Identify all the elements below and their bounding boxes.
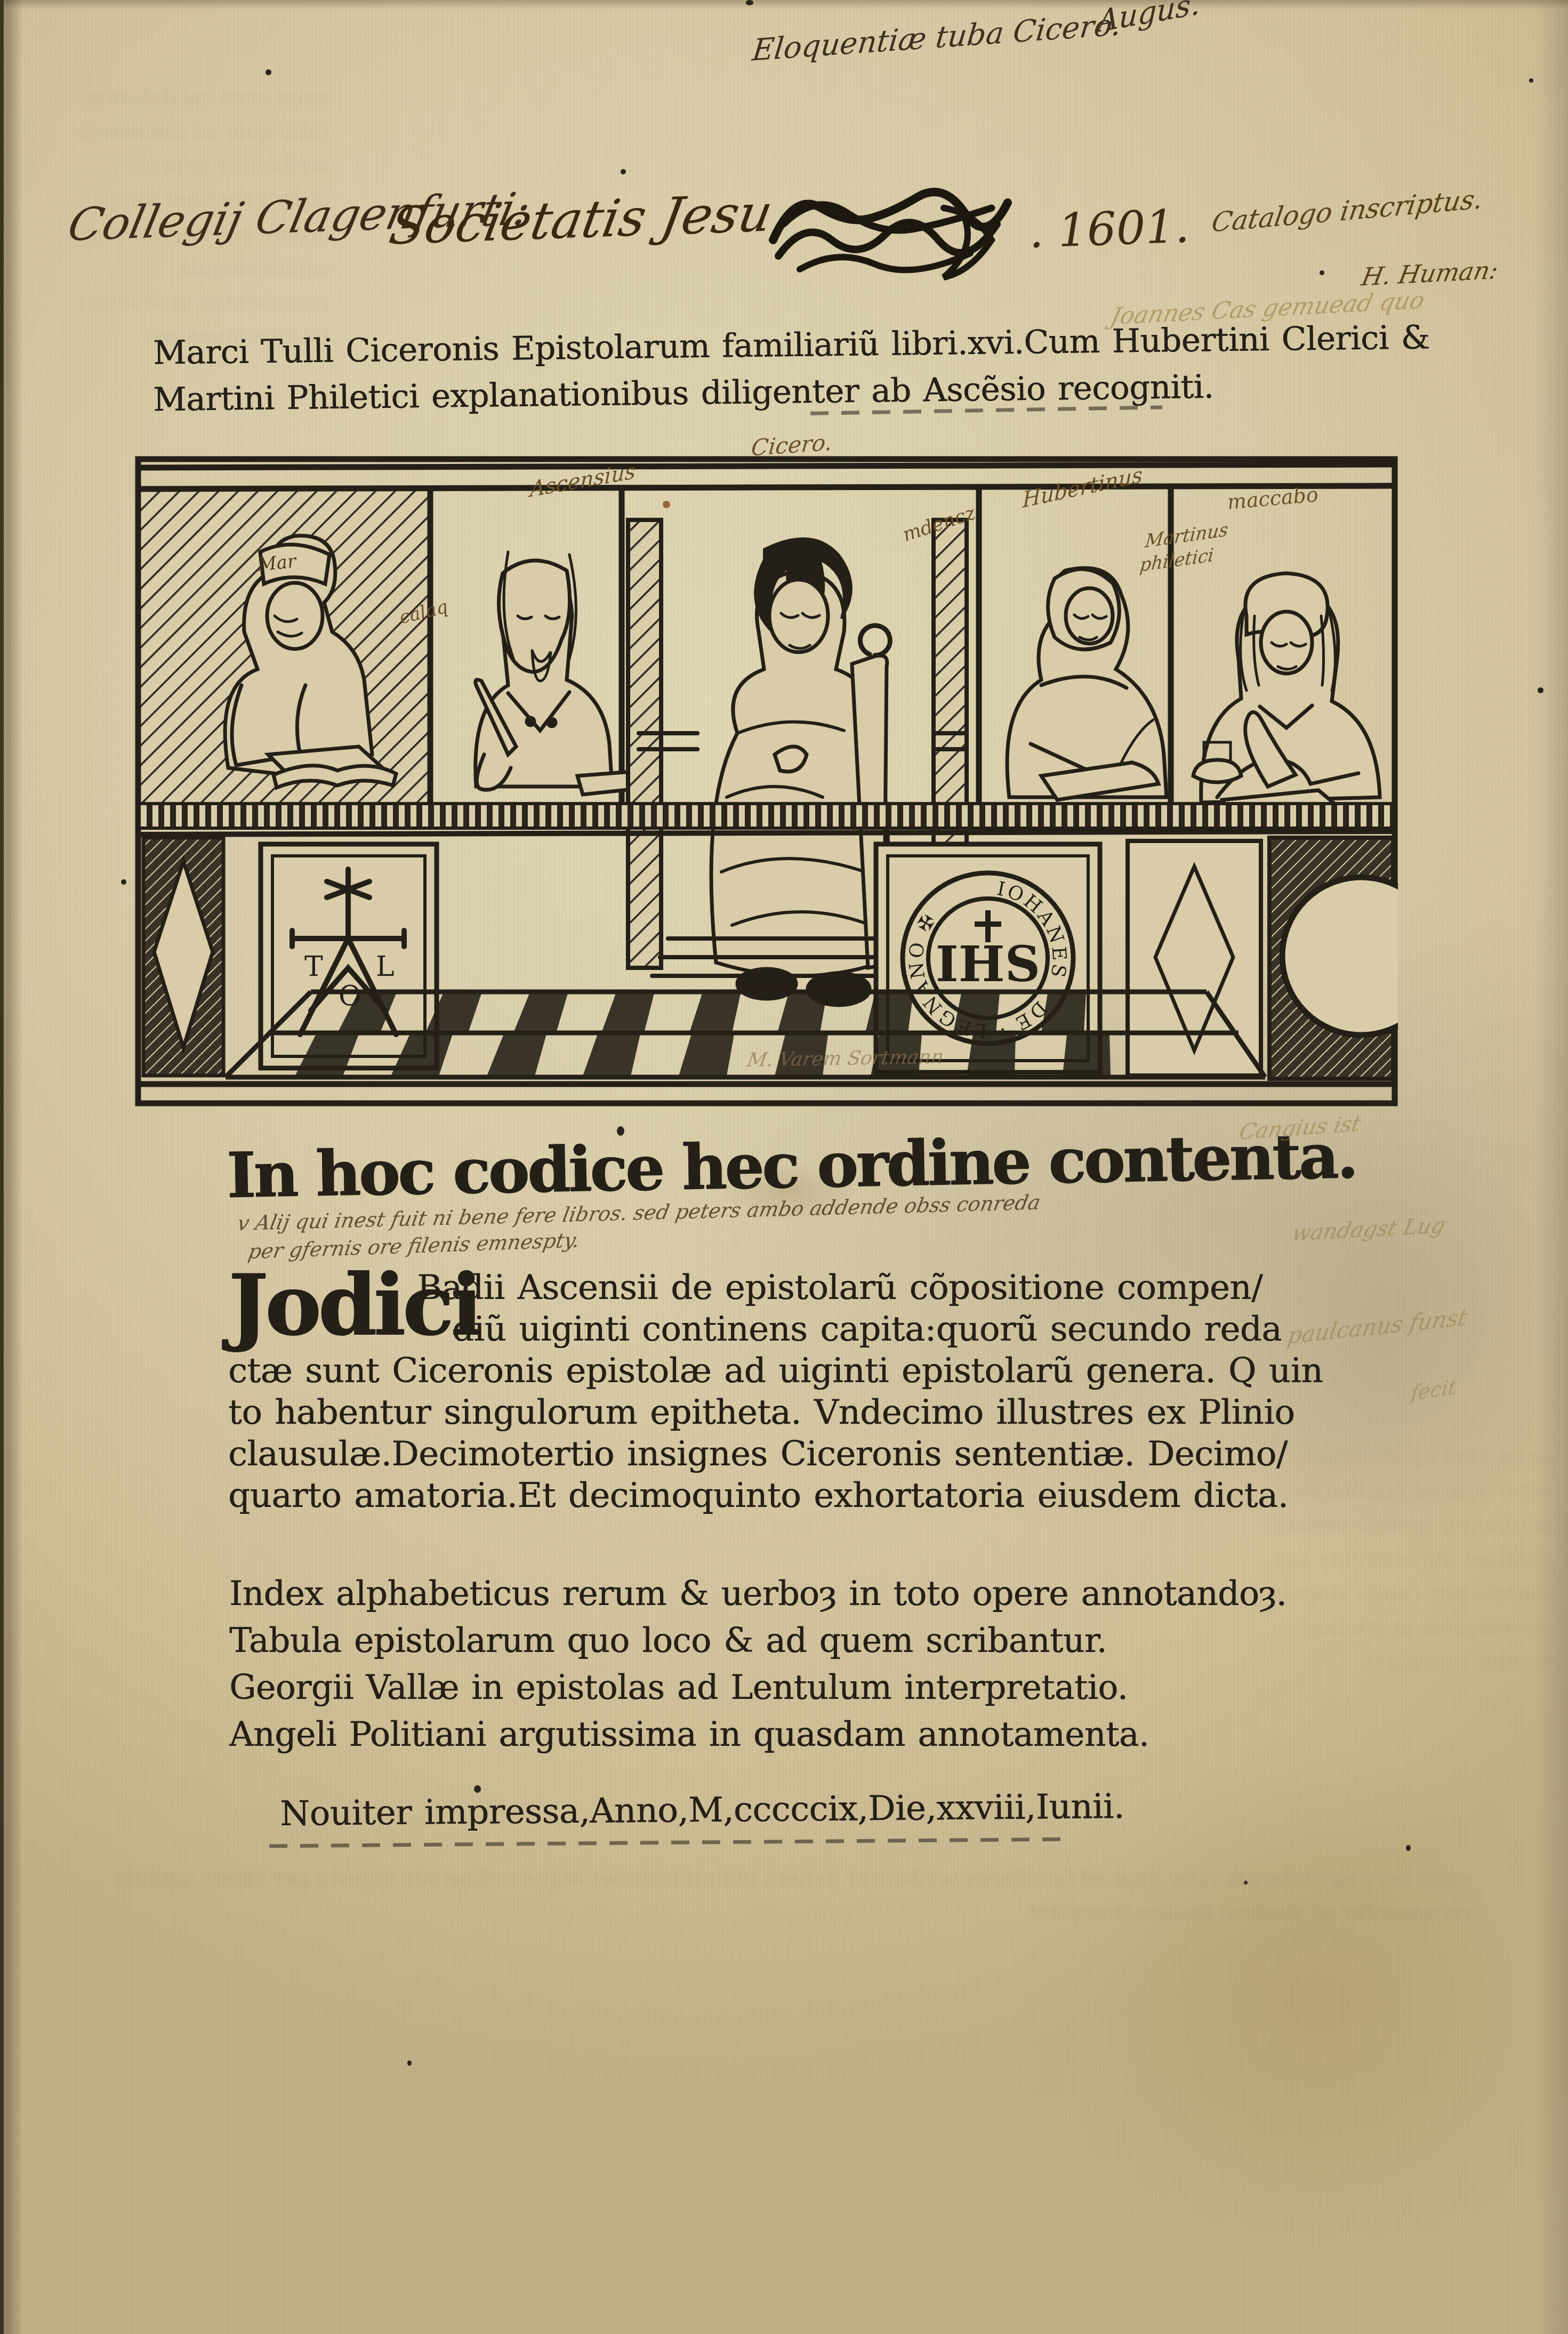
ink-fleck xyxy=(121,879,126,885)
showthrough-text-block: enim uero epistolarum ratio quæ ad famil… xyxy=(96,1861,1471,2288)
paragraph-line: quarto amatoria.Et decimoquinto exhortat… xyxy=(228,1476,1288,1515)
motto-annotation-augus: Augus. xyxy=(1097,0,1201,39)
page-edge-top xyxy=(0,0,1568,10)
paragraph-line: Badii Ascensii de epistolarũ cõpositione… xyxy=(417,1268,1263,1308)
paragraph-line: clausulæ.Decimotertio insignes Ciceronis… xyxy=(228,1434,1288,1474)
showthrough-text-block: enim uero epistolarum ratio quæ ad famil… xyxy=(1253,1440,1551,1813)
motto-annotation: Eloquentiæ tuba Cicero. xyxy=(751,7,1123,68)
label-fig1-hat: Mar xyxy=(257,551,297,576)
wormhole xyxy=(474,1785,481,1793)
title-line-1: Marci Tulli Ciceronis Epistolarum famili… xyxy=(153,318,1430,372)
index-line: Georgii Vallæ in epistolas ad Lentulum i… xyxy=(229,1668,1128,1707)
page-edge-right xyxy=(1536,0,1568,2334)
ink-fleck xyxy=(621,169,626,174)
ownership-year: . 1601. xyxy=(1028,199,1190,258)
ownership-catalog: Catalogo inscriptus. xyxy=(1210,183,1485,238)
paragraph-line: diũ uiginti continens capita:quorũ secun… xyxy=(452,1310,1282,1349)
imprint-line: Nouiter impressa,Anno,M,cccccix,Die,xxvi… xyxy=(280,1787,1124,1834)
ink-fleck xyxy=(266,69,271,75)
figure-young-scribe xyxy=(1193,573,1380,815)
marginal-note: paulcanus funst xyxy=(1285,1304,1469,1350)
erasure-scribble xyxy=(768,176,1018,293)
ink-fleck xyxy=(1529,78,1533,83)
showthrough-text-block: enim uero epistolarum ratio quæ ad famil… xyxy=(64,80,331,400)
marginal-note: fecit xyxy=(1410,1375,1458,1405)
ink-fleck xyxy=(746,0,753,5)
ink-fleck xyxy=(1320,270,1324,275)
imprint-underline xyxy=(269,1837,1069,1848)
marginal-note: wandagst Lug xyxy=(1290,1213,1448,1246)
index-line: Index alphabeticus rerum & uerboȝ in tot… xyxy=(229,1574,1286,1613)
monogram-letter-l: L xyxy=(376,951,395,983)
ink-fleck xyxy=(1538,687,1543,693)
book-title-page: Eloquentiæ tuba Cicero. Augus. Collegij … xyxy=(0,0,1568,2334)
monogram-letter-t: T xyxy=(304,951,323,983)
medallion-ihs: IHS xyxy=(936,935,1040,993)
paragraph-line: to habentur singulorum epitheta. Vndecim… xyxy=(228,1393,1294,1432)
page-edge-left xyxy=(0,0,22,2334)
ownership-signature: H. Human: xyxy=(1359,255,1501,292)
woodcut-caption-note: M. Varem Sortmann xyxy=(745,1046,945,1072)
index-line: Tabula epistolarum quo loco & ad quem sc… xyxy=(229,1621,1107,1660)
ink-fleck xyxy=(1406,1845,1411,1851)
figure-monk xyxy=(1007,568,1167,800)
paragraph-line: ctæ sunt Ciceronis epistolæ ad uiginti e… xyxy=(228,1351,1323,1391)
index-line: Angeli Politiani argutissima in quasdam … xyxy=(229,1715,1149,1754)
